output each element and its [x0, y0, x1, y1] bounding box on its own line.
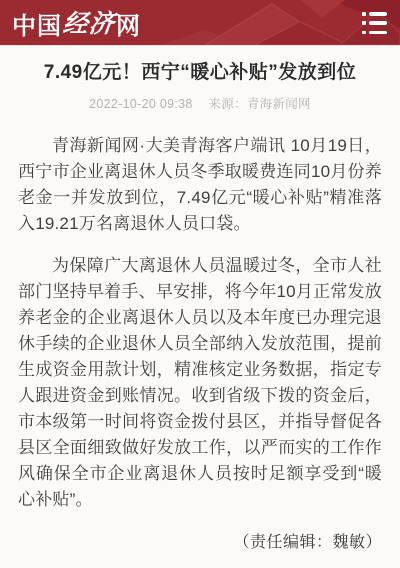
menu-row [362, 31, 387, 35]
article-paragraph: 为保障广大离退休人员温暖过冬，全市人社部门坚持早着手、早安排，将今年10月正常发… [18, 253, 382, 513]
menu-bar [369, 31, 387, 35]
list-menu-icon[interactable] [362, 12, 387, 34]
menu-dot [362, 31, 366, 35]
menu-dot [362, 12, 366, 16]
article-body: 青海新闻网·大美青海客户端讯 10月19日，西宁市企业离退休人员冬季取暖费连同1… [18, 133, 382, 513]
article-meta: 2022-10-20 09:38 来源：青海新闻网 [18, 94, 382, 112]
logo-text-jingji: 经济 [61, 4, 117, 40]
app-header: 中国 经济 网 [0, 0, 400, 46]
article-title: 7.49亿元！西宁“暖心补贴”发放到位 [18, 60, 382, 86]
menu-bar [369, 21, 387, 25]
logo-text-zhongguo: 中国 [12, 6, 62, 41]
editor-credit: （责任编辑：魏敏） [18, 529, 382, 552]
article-page: 7.49亿元！西宁“暖心补贴”发放到位 2022-10-20 09:38 来源：… [0, 60, 400, 552]
menu-row [362, 21, 387, 25]
site-logo[interactable]: 中国 经济 网 [12, 8, 141, 38]
menu-bar [369, 12, 387, 16]
menu-dot [362, 21, 366, 25]
source-label: 来源：青海新闻网 [208, 97, 310, 111]
publish-datetime: 2022-10-20 09:38 [89, 97, 193, 111]
logo-text-wang: 网 [116, 6, 141, 41]
menu-row [362, 12, 387, 16]
article-paragraph: 青海新闻网·大美青海客户端讯 10月19日，西宁市企业离退休人员冬季取暖费连同1… [18, 133, 382, 237]
